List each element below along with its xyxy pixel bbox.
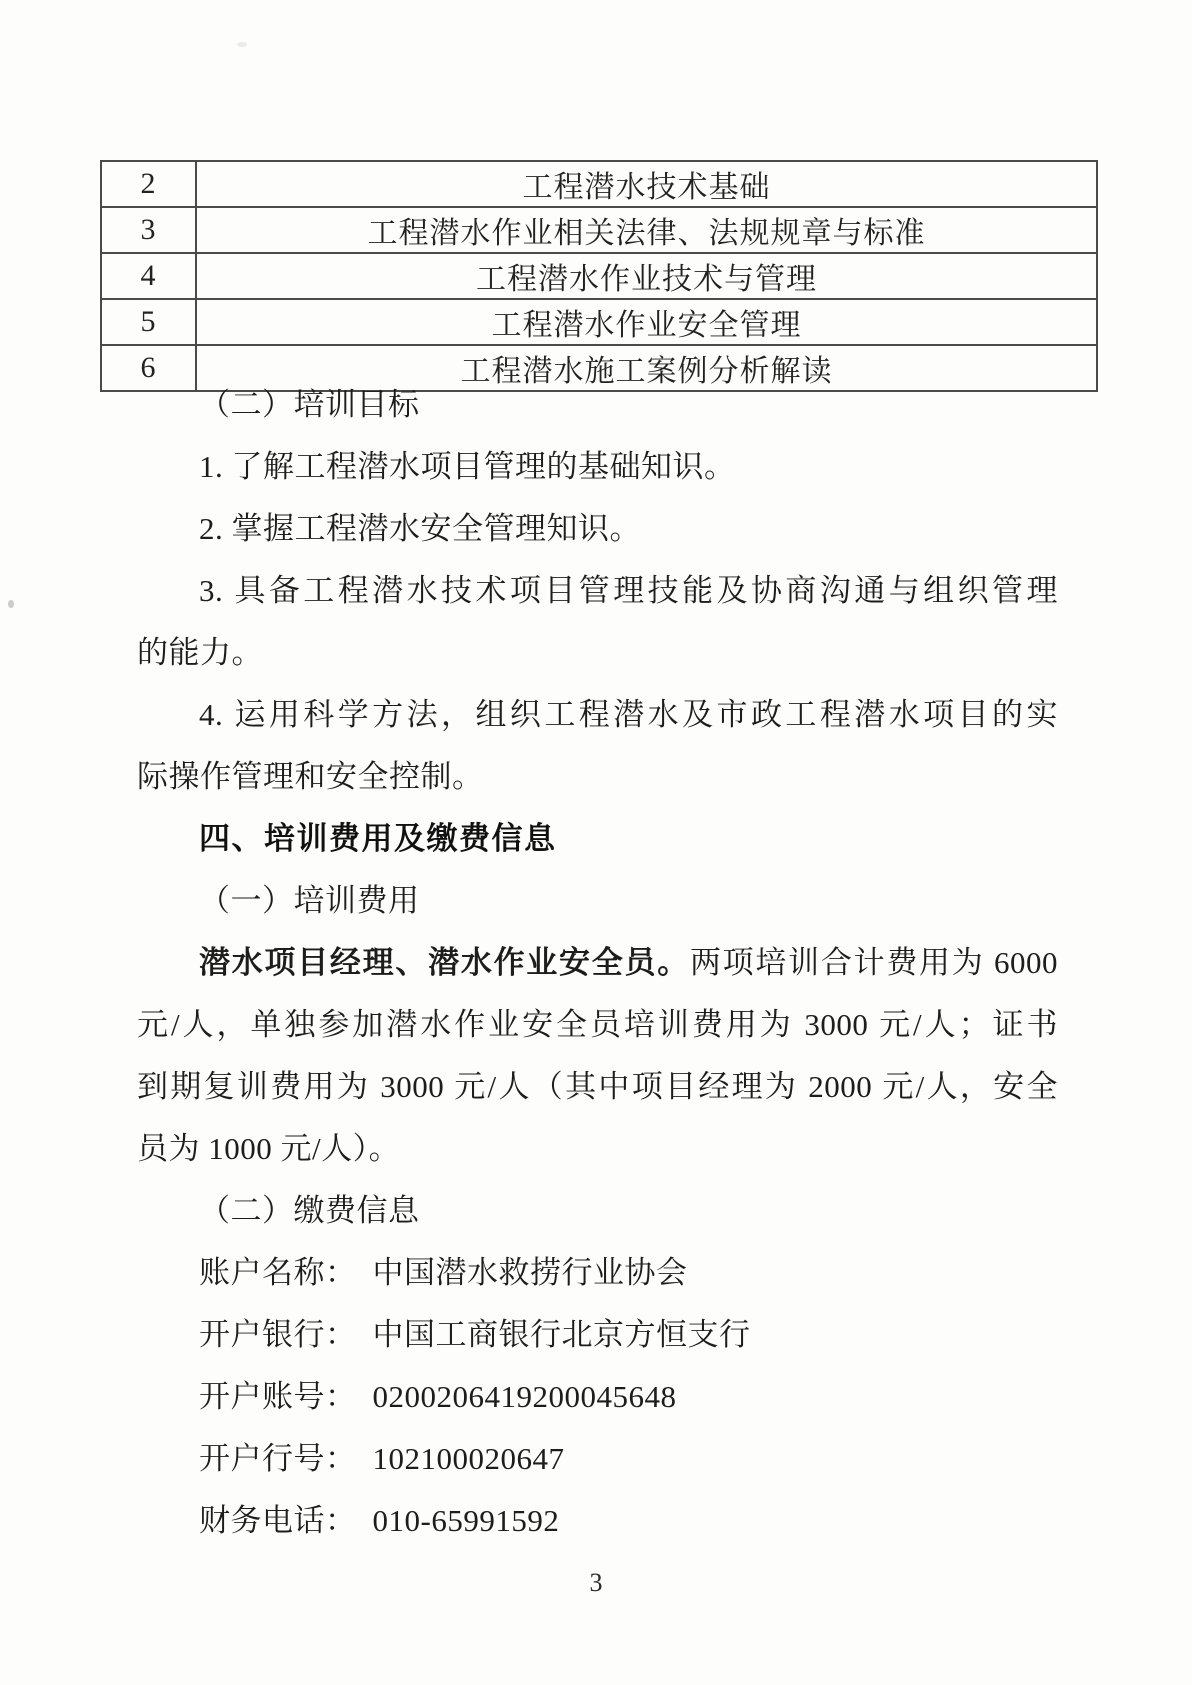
fee-paragraph-line-4: 员为 1000 元/人）。: [137, 1118, 1058, 1180]
table-row: 2 工程潜水技术基础: [101, 161, 1097, 207]
course-number-cell: 4: [101, 253, 196, 299]
document-body: （二）培训目标 1. 了解工程潜水项目管理的基础知识。 2. 掌握工程潜水安全管…: [137, 374, 1058, 1552]
payment-label: 开户银行：: [199, 1317, 357, 1352]
document-page: 2 工程潜水技术基础 3 工程潜水作业相关法律、法规规章与标准 4 工程潜水作业…: [0, 0, 1192, 1685]
table-row: 3 工程潜水作业相关法律、法规规章与标准: [101, 207, 1097, 253]
fee-paragraph-line-2: 元/人，单独参加潜水作业安全员培训费用为 3000 元/人；证书: [137, 994, 1058, 1056]
course-table: 2 工程潜水技术基础 3 工程潜水作业相关法律、法规规章与标准 4 工程潜水作业…: [100, 160, 1098, 392]
course-title-cell: 工程潜水技术基础: [196, 161, 1097, 207]
payment-label: 账户名称：: [199, 1255, 357, 1290]
fee-paragraph-line-1: 潜水项目经理、潜水作业安全员。两项培训合计费用为 6000: [137, 932, 1058, 994]
goal-item-2: 2. 掌握工程潜水安全管理知识。: [137, 498, 1058, 560]
payment-value: 0200206419200045648: [373, 1379, 677, 1414]
fee-lead-bold: 潜水项目经理、潜水作业安全员。: [199, 945, 690, 980]
table-row: 4 工程潜水作业技术与管理: [101, 253, 1097, 299]
payment-value: 102100020647: [373, 1441, 565, 1476]
payment-line-account-number: 开户账号：0200206419200045648: [137, 1366, 1058, 1428]
goal-item-3-line-2: 的能力。: [137, 622, 1058, 684]
course-number-cell: 3: [101, 207, 196, 253]
fee-lead-rest: 两项培训合计费用为 6000: [690, 945, 1058, 980]
course-title-cell: 工程潜水作业相关法律、法规规章与标准: [196, 207, 1097, 253]
course-number-cell: 5: [101, 299, 196, 345]
payment-line-bank-number: 开户行号：102100020647: [137, 1428, 1058, 1490]
goal-item-1: 1. 了解工程潜水项目管理的基础知识。: [137, 436, 1058, 498]
payment-label: 开户账号：: [199, 1379, 357, 1414]
training-fee-heading: （一）培训费用: [137, 870, 1058, 932]
fee-paragraph-line-3: 到期复训费用为 3000 元/人（其中项目经理为 2000 元/人，安全: [137, 1056, 1058, 1118]
payment-value: 中国潜水救捞行业协会: [373, 1255, 688, 1290]
payment-info-heading: （二）缴费信息: [137, 1180, 1058, 1242]
scan-artifact: [237, 42, 247, 47]
payment-value: 中国工商银行北京方恒支行: [373, 1317, 751, 1352]
course-title-cell: 工程潜水作业技术与管理: [196, 253, 1097, 299]
payment-line-account-name: 账户名称：中国潜水救捞行业协会: [137, 1242, 1058, 1304]
scan-artifact: [8, 600, 14, 608]
goal-item-4-line-1: 4. 运用科学方法，组织工程潜水及市政工程潜水项目的实: [137, 684, 1058, 746]
table-row: 5 工程潜水作业安全管理: [101, 299, 1097, 345]
course-number-cell: 2: [101, 161, 196, 207]
payment-label: 开户行号：: [199, 1441, 357, 1476]
payment-line-bank: 开户银行：中国工商银行北京方恒支行: [137, 1304, 1058, 1366]
fees-section-heading: 四、培训费用及缴费信息: [137, 808, 1058, 870]
payment-label: 财务电话：: [199, 1503, 357, 1538]
goal-item-3-line-1: 3. 具备工程潜水技术项目管理技能及协商沟通与组织管理: [137, 560, 1058, 622]
goal-item-4-line-2: 际操作管理和安全控制。: [137, 746, 1058, 808]
payment-value: 010-65991592: [373, 1503, 560, 1538]
payment-line-finance-phone: 财务电话：010-65991592: [137, 1490, 1058, 1552]
goals-heading: （二）培训目标: [137, 374, 1058, 436]
course-title-cell: 工程潜水作业安全管理: [196, 299, 1097, 345]
page-number: 3: [0, 1568, 1192, 1598]
